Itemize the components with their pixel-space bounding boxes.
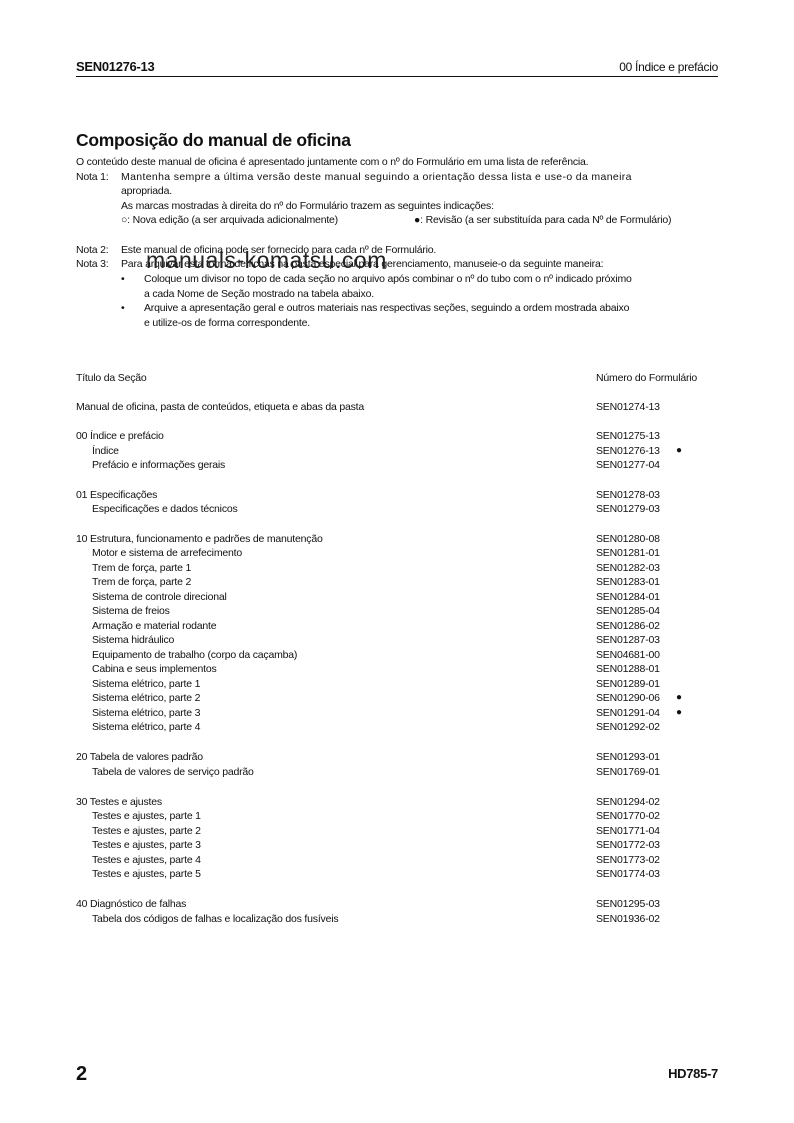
form-number: SEN01278-03 <box>596 489 660 501</box>
nota3-label: Nota 3: <box>76 257 108 272</box>
table-row: 01 EspecificaçõesSEN01278-03 <box>76 489 718 504</box>
table-row: Tabela dos códigos de falhas e localizaç… <box>76 913 718 928</box>
form-number: SEN01285-04 <box>596 605 660 617</box>
table-row: Prefácio e informações geraisSEN01277-04 <box>76 459 718 474</box>
form-number: SEN01769-01 <box>596 766 660 778</box>
revision-mark-icon: ● <box>676 445 682 456</box>
table-row: Sistema elétrico, parte 1SEN01289-01 <box>76 678 718 693</box>
form-number: SEN01276-13 <box>596 445 660 457</box>
nota1-label: Nota 1: <box>76 170 108 185</box>
table-row: Testes e ajustes, parte 5SEN01774-03 <box>76 868 718 883</box>
form-number: SEN01281-01 <box>596 547 660 559</box>
form-number: SEN01287-03 <box>596 634 660 646</box>
page-number: 2 <box>76 1063 87 1086</box>
form-number: SEN01279-03 <box>596 503 660 515</box>
table-row: 20 Tabela de valores padrãoSEN01293-01 <box>76 751 718 766</box>
section-title: Trem de força, parte 1 <box>92 562 191 574</box>
intro-text: O conteúdo deste manual de oficina é apr… <box>76 155 588 170</box>
table-row: Testes e ajustes, parte 1SEN01770-02 <box>76 810 718 825</box>
section-title: 20 Tabela de valores padrão <box>76 751 203 763</box>
section-title: Testes e ajustes, parte 1 <box>92 810 201 822</box>
table-row: Armação e material rodanteSEN01286-02 <box>76 620 718 635</box>
table-row: ÍndiceSEN01276-13● <box>76 445 718 460</box>
section-title: Sistema elétrico, parte 1 <box>92 678 200 690</box>
form-number: SEN01289-01 <box>596 678 660 690</box>
bullet1-line2: a cada Nome de Seção mostrado na tabela … <box>144 287 374 302</box>
section-title: Sistema elétrico, parte 2 <box>92 692 200 704</box>
section-title: 00 Índice e prefácio <box>76 430 164 442</box>
bullet1-line1: Coloque um divisor no topo de cada seção… <box>144 272 632 287</box>
bullet2-line1: Arquive a apresentação geral e outros ma… <box>144 301 629 316</box>
section-title: Testes e ajustes, parte 2 <box>92 825 201 837</box>
mark-revision-legend: ●: Revisão (a ser substituída para cada … <box>414 213 671 228</box>
revision-mark-icon: ● <box>676 692 682 703</box>
form-number: SEN01283-01 <box>596 576 660 588</box>
section-name: 00 Índice e prefácio <box>619 60 718 74</box>
table-row: Cabina e seus implementosSEN01288-01 <box>76 663 718 678</box>
watermark: manuals-komatsu.com <box>146 247 387 274</box>
table-row: Testes e ajustes, parte 4SEN01773-02 <box>76 854 718 869</box>
form-number: SEN01771-04 <box>596 825 660 837</box>
section-title: 10 Estrutura, funcionamento e padrões de… <box>76 533 323 545</box>
table-row: 00 Índice e prefácioSEN01275-13 <box>76 430 718 445</box>
table-row: Tabela de valores de serviço padrãoSEN01… <box>76 766 718 781</box>
section-title: Cabina e seus implementos <box>92 663 217 675</box>
table-row: 10 Estrutura, funcionamento e padrões de… <box>76 533 718 548</box>
form-number: SEN01290-06 <box>596 692 660 704</box>
section-title: Especificações e dados técnicos <box>92 503 238 515</box>
section-title: Sistema de controle direcional <box>92 591 227 603</box>
table-row: Sistema elétrico, parte 3SEN01291-04● <box>76 707 718 722</box>
bullet-icon: • <box>121 272 124 287</box>
form-number: SEN01274-13 <box>596 401 660 413</box>
nota1-line3: As marcas mostradas à direita do nº do F… <box>121 199 494 214</box>
table-row: Testes e ajustes, parte 2SEN01771-04 <box>76 825 718 840</box>
form-number: SEN01292-02 <box>596 721 660 733</box>
table-row: Sistema de freiosSEN01285-04 <box>76 605 718 620</box>
section-title: Sistema elétrico, parte 4 <box>92 721 200 733</box>
form-number: SEN01936-02 <box>596 913 660 925</box>
section-title: 01 Especificações <box>76 489 157 501</box>
form-number: SEN01294-02 <box>596 796 660 808</box>
section-title: 40 Diagnóstico de falhas <box>76 898 186 910</box>
section-title: Manual de oficina, pasta de conteúdos, e… <box>76 401 364 413</box>
table-row: Sistema hidráulicoSEN01287-03 <box>76 634 718 649</box>
form-number: SEN01280-08 <box>596 533 660 545</box>
table-header: Título da Seção Número do Formulário <box>76 372 718 387</box>
form-number: SEN01295-03 <box>596 898 660 910</box>
form-number: SEN01773-02 <box>596 854 660 866</box>
bullet-icon: • <box>121 301 124 316</box>
bullet2-line2: e utilize-os de forma correspondente. <box>144 316 310 331</box>
machine-model: HD785-7 <box>668 1066 718 1081</box>
section-title: Tabela de valores de serviço padrão <box>92 766 254 778</box>
form-number: SEN01286-02 <box>596 620 660 632</box>
table-row: Manual de oficina, pasta de conteúdos, e… <box>76 401 718 416</box>
section-title: Índice <box>92 445 119 457</box>
form-number: SEN01770-02 <box>596 810 660 822</box>
section-title: Equipamento de trabalho (corpo da caçamb… <box>92 649 297 661</box>
revision-mark-icon: ● <box>676 707 682 718</box>
table-row: Trem de força, parte 2SEN01283-01 <box>76 576 718 591</box>
section-title: Testes e ajustes, parte 5 <box>92 868 201 880</box>
form-number: SEN01288-01 <box>596 663 660 675</box>
section-title: Sistema de freios <box>92 605 170 617</box>
nota1-line1: Mantenha sempre a última versão deste ma… <box>121 170 632 185</box>
section-title: Tabela dos códigos de falhas e localizaç… <box>92 913 338 925</box>
form-number: SEN01284-01 <box>596 591 660 603</box>
form-number: SEN01772-03 <box>596 839 660 851</box>
section-title: Prefácio e informações gerais <box>92 459 225 471</box>
column-header-number: Número do Formulário <box>596 372 697 384</box>
form-number: SEN01774-03 <box>596 868 660 880</box>
table-row: Trem de força, parte 1SEN01282-03 <box>76 562 718 577</box>
section-title: Trem de força, parte 2 <box>92 576 191 588</box>
table-row: Testes e ajustes, parte 3SEN01772-03 <box>76 839 718 854</box>
form-number: SEN01291-04 <box>596 707 660 719</box>
page-title: Composição do manual de oficina <box>76 130 351 151</box>
section-title: Sistema hidráulico <box>92 634 174 646</box>
table-row: Equipamento de trabalho (corpo da caçamb… <box>76 649 718 664</box>
form-number: SEN04681-00 <box>596 649 660 661</box>
nota2-label: Nota 2: <box>76 243 108 258</box>
nota1-line2: apropriada. <box>121 184 172 199</box>
mark-new-legend: ○: Nova edição (a ser arquivada adiciona… <box>121 213 338 228</box>
section-title: Testes e ajustes, parte 4 <box>92 854 201 866</box>
table-row: Sistema elétrico, parte 2SEN01290-06● <box>76 692 718 707</box>
table-row: Especificações e dados técnicosSEN01279-… <box>76 503 718 518</box>
section-title: Armação e material rodante <box>92 620 216 632</box>
table-row: 40 Diagnóstico de falhasSEN01295-03 <box>76 898 718 913</box>
table-row: Sistema elétrico, parte 4SEN01292-02 <box>76 721 718 736</box>
table-row: Sistema de controle direcionalSEN01284-0… <box>76 591 718 606</box>
form-number: SEN01282-03 <box>596 562 660 574</box>
table-row: 30 Testes e ajustesSEN01294-02 <box>76 796 718 811</box>
section-title: Testes e ajustes, parte 3 <box>92 839 201 851</box>
form-number: SEN01277-04 <box>596 459 660 471</box>
section-title: Motor e sistema de arrefecimento <box>92 547 242 559</box>
table-row: Motor e sistema de arrefecimentoSEN01281… <box>76 547 718 562</box>
doc-code: SEN01276-13 <box>76 59 154 74</box>
form-number: SEN01275-13 <box>596 430 660 442</box>
form-number: SEN01293-01 <box>596 751 660 763</box>
page-header: SEN01276-13 00 Índice e prefácio <box>76 59 718 77</box>
section-title: Sistema elétrico, parte 3 <box>92 707 200 719</box>
section-title: 30 Testes e ajustes <box>76 796 162 808</box>
column-header-title: Título da Seção <box>76 372 147 384</box>
